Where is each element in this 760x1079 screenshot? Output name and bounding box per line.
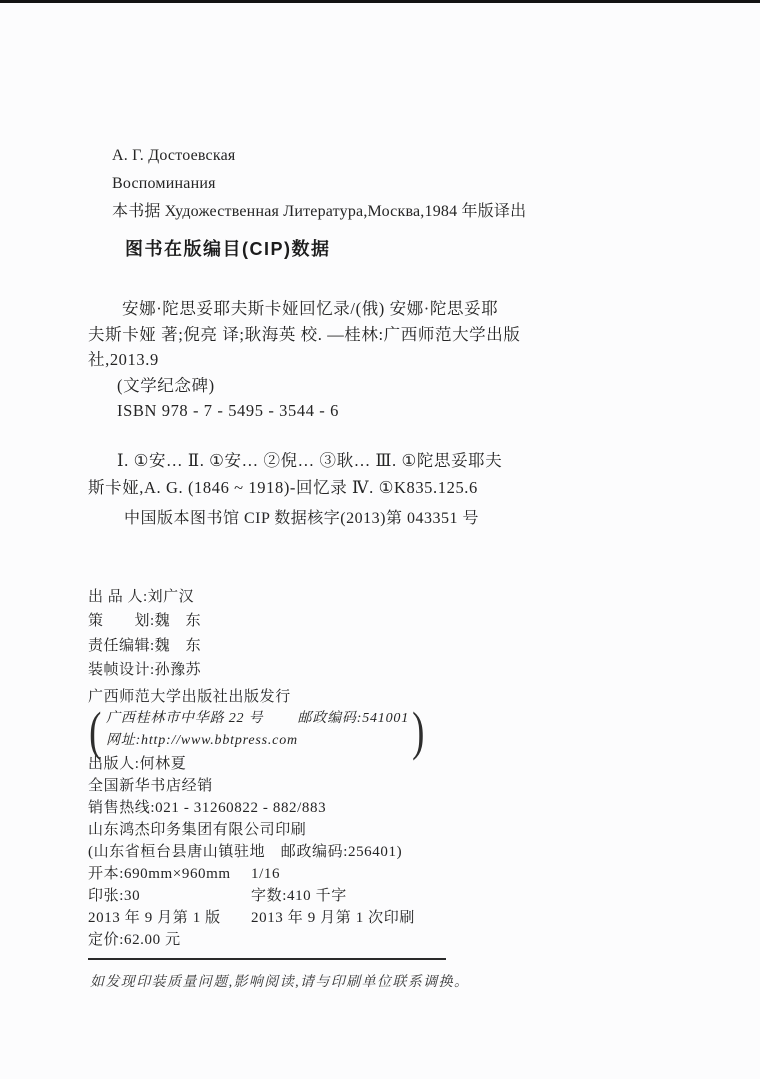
staff-label: 责任编辑: bbox=[88, 638, 155, 654]
staff-row: 装帧设计:孙豫苏 bbox=[88, 658, 700, 683]
edition-row: 2013 年 9 月第 1 版2013 年 9 月第 1 次印刷 bbox=[88, 907, 700, 929]
staff-label: 出 品 人: bbox=[88, 589, 148, 605]
source-author: А. Г. Достоевская bbox=[112, 142, 700, 170]
staff-row: 责任编辑:魏 东 bbox=[88, 634, 700, 659]
cip-record-line: 安娜·陀思妥耶夫斯卡娅回忆录/(俄) 安娜·陀思妥耶 bbox=[88, 296, 700, 322]
staff-label: 装帧设计: bbox=[88, 662, 155, 678]
source-title: Воспоминания bbox=[112, 170, 700, 198]
close-paren: ) bbox=[412, 703, 421, 756]
page-content: А. Г. Достоевская Воспоминания 本书据 Худож… bbox=[88, 142, 700, 991]
printer-line: 山东鸿杰印务集团有限公司印刷 bbox=[88, 819, 700, 841]
format-fraction: 1/16 bbox=[251, 866, 280, 882]
page-top-edge bbox=[0, 0, 760, 3]
address-lines: 广西桂林市中华路 22 号 邮政编码:541001 网址:http://www.… bbox=[99, 708, 411, 753]
imprint-block: 广西师范大学出版社出版发行 ( 广西桂林市中华路 22 号 邮政编码:54100… bbox=[88, 686, 700, 951]
quality-note: 如发现印装质量问题,影响阅读,请与印刷单位联系调换。 bbox=[88, 971, 700, 991]
printer-address: (山东省桓台县唐山镇驻地 邮政编码:256401) bbox=[88, 841, 700, 863]
staff-label: 策 划: bbox=[88, 613, 155, 629]
staff-credits: 出 品 人:刘广汉 策 划:魏 东 责任编辑:魏 东 装帧设计:孙豫苏 bbox=[88, 585, 700, 683]
cip-classification: Ⅰ. ①安… Ⅱ. ①安… ②倪… ③耿… Ⅲ. ①陀思妥耶夫 斯卡娅,A. G… bbox=[88, 447, 700, 501]
staff-value: 魏 东 bbox=[155, 638, 202, 654]
publisher-website: 网址:http://www.bbtpress.com bbox=[106, 730, 411, 753]
edition: 2013 年 9 月第 1 版 bbox=[88, 907, 251, 929]
open-paren: ( bbox=[89, 703, 98, 756]
staff-value: 刘广汉 bbox=[148, 589, 195, 605]
publisher-address: 广西桂林市中华路 22 号 bbox=[106, 708, 263, 731]
publisher-address-group: ( 广西桂林市中华路 22 号 邮政编码:541001 网址:http://ww… bbox=[88, 708, 422, 753]
cip-registry-number: 中国版本图书馆 CIP 数据核字(2013)第 043351 号 bbox=[88, 507, 700, 530]
staff-row: 策 划:魏 东 bbox=[88, 609, 700, 634]
source-header: А. Г. Достоевская Воспоминания 本书据 Худож… bbox=[88, 142, 700, 226]
footer-divider bbox=[88, 958, 446, 960]
staff-value: 孙豫苏 bbox=[155, 662, 202, 678]
book-format: 开本:690mm×960mm bbox=[88, 863, 251, 885]
cip-record-line: 社,2013.9 bbox=[88, 347, 700, 373]
impression: 2013 年 9 月第 1 次印刷 bbox=[251, 910, 415, 926]
format-row: 开本:690mm×960mm1/16 bbox=[88, 863, 700, 885]
sales-hotline: 销售热线:021 - 31260822 - 882/883 bbox=[88, 797, 700, 819]
publisher-person: 出版人:何林夏 bbox=[88, 753, 700, 775]
sheets-row: 印张:30字数:410 千字 bbox=[88, 885, 700, 907]
copyright-page: А. Г. Достоевская Воспоминания 本书据 Худож… bbox=[0, 0, 760, 1079]
source-note: 本书据 Художественная Литература,Москва,198… bbox=[112, 198, 700, 226]
cip-record-line: 夫斯卡娅 著;倪亮 译;耿海英 校. —桂林:广西师范大学出版 bbox=[88, 322, 700, 348]
staff-row: 出 品 人:刘广汉 bbox=[88, 585, 700, 610]
word-count: 字数:410 千字 bbox=[251, 888, 347, 904]
distribution-line: 全国新华书店经销 bbox=[88, 775, 700, 797]
classification-line: Ⅰ. ①安… Ⅱ. ①安… ②倪… ③耿… Ⅲ. ①陀思妥耶夫 bbox=[88, 447, 700, 474]
cip-heading: 图书在版编目(CIP)数据 bbox=[125, 238, 700, 260]
address-row: 广西桂林市中华路 22 号 邮政编码:541001 bbox=[106, 708, 411, 731]
printed-sheets: 印张:30 bbox=[88, 885, 251, 907]
staff-value: 魏 东 bbox=[155, 613, 202, 629]
publisher-postcode: 邮政编码:541001 bbox=[298, 708, 409, 731]
cip-record: 安娜·陀思妥耶夫斯卡娅回忆录/(俄) 安娜·陀思妥耶 夫斯卡娅 著;倪亮 译;耿… bbox=[88, 296, 700, 424]
series-title: (文学纪念碑) bbox=[88, 373, 700, 399]
classification-line: 斯卡娅,A. G. (1846 ~ 1918)-回忆录 Ⅳ. ①K835.125… bbox=[88, 474, 700, 501]
price: 定价:62.00 元 bbox=[88, 929, 700, 951]
isbn: ISBN 978 - 7 - 5495 - 3544 - 6 bbox=[88, 398, 700, 424]
publisher-line: 广西师范大学出版社出版发行 bbox=[88, 686, 700, 708]
